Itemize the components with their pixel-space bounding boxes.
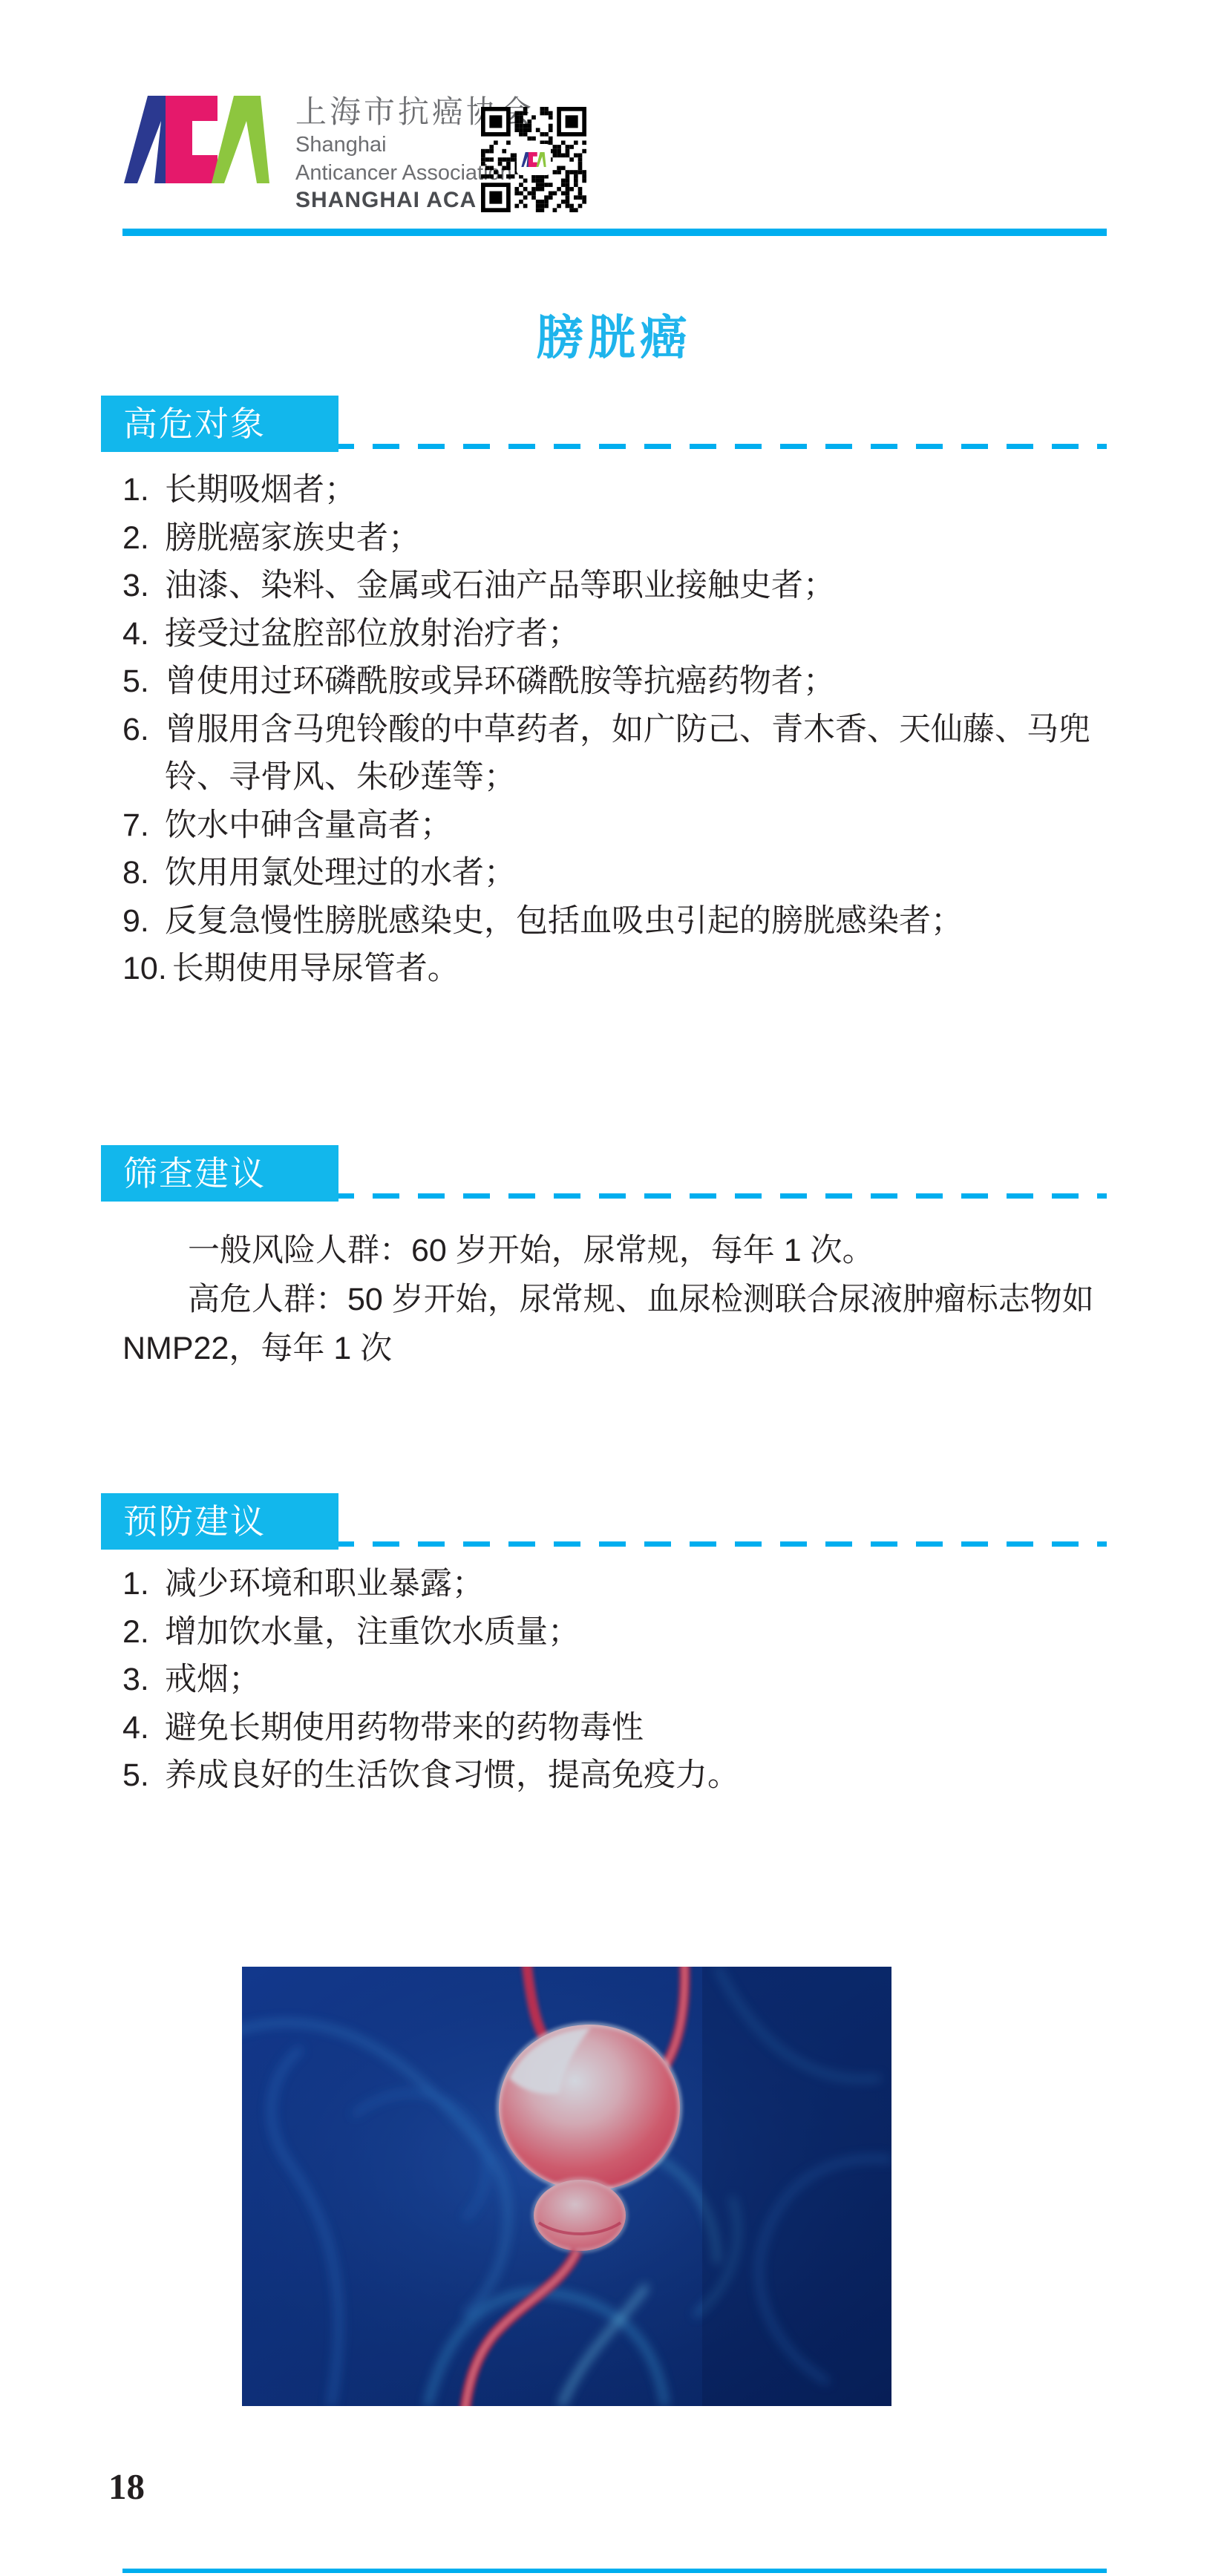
list-item: 1. 减少环境和职业暴露； xyxy=(122,1560,1107,1608)
section-heading-prevention: 预防建议 xyxy=(101,1493,1107,1550)
list-item-number: 4. xyxy=(122,610,160,658)
list-item-text: 曾服用含马兜铃酸的中草药者，如广防己、青木香、天仙藤、马兜铃、寻骨风、朱砂莲等； xyxy=(165,706,1107,802)
list-item-number: 5. xyxy=(122,1751,160,1800)
list-item: 3. 戒烟； xyxy=(122,1656,1107,1704)
footer-rule xyxy=(122,2569,1107,2573)
list-item-text: 戒烟； xyxy=(165,1656,261,1704)
list-item-number: 5. xyxy=(122,658,160,706)
page-number: 18 xyxy=(108,2465,145,2508)
page-title: 膀胱癌 xyxy=(122,300,1106,368)
list-item-number: 9. xyxy=(122,897,160,945)
list-item-number: 2. xyxy=(122,1608,160,1656)
list-item: 6. 曾服用含马兜铃酸的中草药者，如广防己、青木香、天仙藤、马兜铃、寻骨风、朱砂… xyxy=(122,706,1107,802)
list-item-text: 饮水中砷含量高者； xyxy=(165,802,452,850)
list-item-number: 10. xyxy=(122,945,167,993)
list-item-text: 增加饮水量，注重饮水质量； xyxy=(165,1608,580,1656)
screening-paragraph-general: 一般风险人群：60 岁开始，尿常规，每年 1 次。 xyxy=(122,1226,1107,1275)
list-item-number: 6. xyxy=(122,706,160,754)
list-item-text: 减少环境和职业暴露； xyxy=(165,1560,484,1608)
qr-code xyxy=(481,107,586,212)
list-item-number: 1. xyxy=(122,1560,160,1608)
list-item-text: 避免长期使用药物带来的药物毒性 xyxy=(165,1704,644,1752)
list-item-text: 曾使用过环磷酰胺或异环磷酰胺等抗癌药物者； xyxy=(165,658,835,706)
screening-advice-text: 一般风险人群：60 岁开始，尿常规，每年 1 次。 高危人群：50 岁开始，尿常… xyxy=(122,1226,1107,1373)
list-item: 4. 接受过盆腔部位放射治疗者； xyxy=(122,610,1107,658)
list-item-number: 8. xyxy=(122,849,160,897)
list-item-number: 4. xyxy=(122,1704,160,1752)
list-item: 10. 长期使用导尿管者。 xyxy=(122,945,1107,993)
list-item: 4. 避免长期使用药物带来的药物毒性 xyxy=(122,1704,1107,1752)
list-item: 5. 曾使用过环磷酰胺或异环磷酰胺等抗癌药物者； xyxy=(122,658,1107,706)
list-item-text: 养成良好的生活饮食习惯，提高免疫力。 xyxy=(165,1751,739,1800)
section-heading-high-risk: 高危对象 xyxy=(101,396,1107,452)
high-risk-list: 1. 长期吸烟者； 2. 膀胱癌家族史者； 3. 油漆、染料、金属或石油产品等职… xyxy=(122,466,1107,993)
section-heading-label: 预防建议 xyxy=(101,1493,338,1550)
list-item-number: 7. xyxy=(122,802,160,850)
list-item: 2. 增加饮水量，注重饮水质量； xyxy=(122,1608,1107,1656)
list-item-number: 3. xyxy=(122,562,160,610)
list-item-number: 2. xyxy=(122,514,160,563)
screening-paragraph-highrisk: 高危人群：50 岁开始，尿常规、血尿检测联合尿液肿瘤标志物如 NMP22，每年 … xyxy=(122,1275,1107,1373)
list-item-text: 膀胱癌家族史者； xyxy=(165,514,420,563)
section-heading-screening: 筛查建议 xyxy=(101,1145,1107,1202)
list-item-number: 1. xyxy=(122,466,160,514)
list-item-number: 3. xyxy=(122,1656,160,1704)
section-heading-label: 高危对象 xyxy=(101,396,338,452)
list-item: 3. 油漆、染料、金属或石油产品等职业接触史者； xyxy=(122,562,1107,610)
bladder-illustration xyxy=(242,1967,891,2406)
list-item: 9. 反复急慢性膀胱感染史，包括血吸虫引起的膀胱感染者； xyxy=(122,897,1107,945)
list-item: 2. 膀胱癌家族史者； xyxy=(122,514,1107,563)
list-item-text: 长期使用导尿管者。 xyxy=(172,945,459,993)
list-item-text: 长期吸烟者； xyxy=(165,466,356,514)
list-item-text: 反复急慢性膀胱感染史，包括血吸虫引起的膀胱感染者； xyxy=(165,897,963,945)
list-item: 7. 饮水中砷含量高者； xyxy=(122,802,1107,850)
qr-center-logo xyxy=(518,145,549,174)
list-item: 8. 饮用用氯处理过的水者； xyxy=(122,849,1107,897)
list-item-text: 接受过盆腔部位放射治疗者； xyxy=(165,610,580,658)
list-item-text: 饮用用氯处理过的水者； xyxy=(165,849,516,897)
list-item: 5. 养成良好的生活饮食习惯，提高免疫力。 xyxy=(122,1751,1107,1800)
section-heading-label: 筛查建议 xyxy=(101,1145,338,1202)
header-divider-rule xyxy=(122,229,1107,236)
list-item: 1. 长期吸烟者； xyxy=(122,466,1107,514)
list-item-text: 油漆、染料、金属或石油产品等职业接触史者； xyxy=(165,562,835,610)
aca-logo xyxy=(122,94,271,186)
leaflet-page: 上海市抗癌协会 Shanghai Anticancer Association … xyxy=(0,0,1227,2576)
prevention-list: 1. 减少环境和职业暴露； 2. 增加饮水量，注重饮水质量； 3. 戒烟； 4.… xyxy=(122,1560,1107,1800)
